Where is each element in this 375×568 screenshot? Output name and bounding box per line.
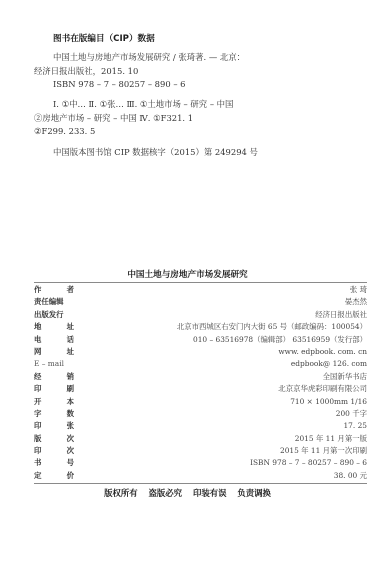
row-label-part: 出版发行 <box>34 309 64 321</box>
cip-line-1: 中国土地与房地产市场发展研究 / 张琦著. — 北京： <box>53 51 245 63</box>
table-row: 印次2015 年 11 月第一次印刷 <box>34 445 367 457</box>
row-label: 定价 <box>34 470 74 482</box>
row-label-part: 网 <box>34 346 41 358</box>
row-label-part: 地 <box>34 321 41 333</box>
row-value: 2015 年 11 月第一次印刷 <box>280 445 367 457</box>
row-label-part: 刷 <box>67 383 74 395</box>
row-label: 印次 <box>34 445 74 457</box>
row-value: 北京京华虎彩印刷有限公司 <box>278 383 367 395</box>
row-label-part: 作 <box>34 284 41 296</box>
cip-line-6: ②F299. 233. 5 <box>34 126 95 136</box>
row-label-part: 开 <box>34 396 41 408</box>
row-label-part: 数 <box>67 408 74 420</box>
row-value: ISBN 978 – 7 – 80257 – 890 – 6 <box>250 457 367 469</box>
row-label-part: 址 <box>67 346 74 358</box>
row-label-part: 址 <box>67 321 74 333</box>
cip-heading: 图书在版编目（CIP）数据 <box>53 32 155 44</box>
row-label-part: 定 <box>34 470 41 482</box>
table-row: 出版发行经济日报出版社 <box>34 309 367 321</box>
row-label: 出版发行 <box>34 309 74 321</box>
row-label: 字数 <box>34 408 74 420</box>
row-value: 200 千字 <box>336 408 367 420</box>
row-label-part: 书 <box>34 457 41 469</box>
row-label: 开本 <box>34 396 74 408</box>
row-label: 地址 <box>34 321 74 333</box>
row-label-part: 本 <box>67 396 74 408</box>
row-value: 张 琦 <box>350 284 367 296</box>
table-row: 地址北京市西城区右安门内大街 65 号（邮政编码：100054） <box>34 321 367 333</box>
top-rule <box>34 282 367 283</box>
row-value: 北京市西城区右安门内大街 65 号（邮政编码：100054） <box>177 321 367 333</box>
row-label-part: 印 <box>34 445 41 457</box>
table-row: 书号ISBN 978 – 7 – 80257 – 890 – 6 <box>34 457 367 469</box>
row-value: edpbook@ 126. com <box>291 358 367 370</box>
table-row: 开本710 × 1000mm 1/16 <box>34 396 367 408</box>
row-label: 经销 <box>34 371 74 383</box>
colophon-table: 作者张 琦责任编辑晏杰然出版发行经济日报出版社地址北京市西城区右安门内大街 65… <box>34 284 367 482</box>
row-label-part: 电 <box>34 334 41 346</box>
row-label-part: 者 <box>67 284 74 296</box>
row-value: 710 × 1000mm 1/16 <box>290 396 367 408</box>
row-label: 版次 <box>34 433 74 445</box>
table-row: 网址www. edpbook. com. cn <box>34 346 367 358</box>
row-label: 网址 <box>34 346 74 358</box>
row-label: 责任编辑 <box>34 296 74 308</box>
row-label-part: 字 <box>34 408 41 420</box>
copyright-footer: 版权所有 盗版必究 印装有误 负责调换 <box>0 487 375 499</box>
row-label-part: E – mail <box>34 358 64 370</box>
row-label-part: 印 <box>34 420 41 432</box>
row-label-part: 印 <box>34 383 41 395</box>
cip-line-2: 经济日报出版社，2015. 10 <box>34 65 138 77</box>
table-row: 印刷北京京华虎彩印刷有限公司 <box>34 383 367 395</box>
table-row: 责任编辑晏杰然 <box>34 296 367 308</box>
row-label-part: 销 <box>67 371 74 383</box>
bottom-rule <box>34 483 367 484</box>
row-value: 晏杰然 <box>345 296 367 308</box>
table-row: 作者张 琦 <box>34 284 367 296</box>
row-label: 电话 <box>34 334 74 346</box>
row-value: 2015 年 11 月第一版 <box>295 433 367 445</box>
row-label: 作者 <box>34 284 74 296</box>
table-row: 经销全国新华书店 <box>34 371 367 383</box>
row-value: 全国新华书店 <box>323 371 367 383</box>
row-label: 书号 <box>34 457 74 469</box>
row-value: 经济日报出版社 <box>315 309 367 321</box>
cip-line-4: Ⅰ. ①中… Ⅱ. ①张… Ⅲ. ①土地市场 – 研究 – 中国 <box>53 98 233 110</box>
table-row: E – mailedpbook@ 126. com <box>34 358 367 370</box>
colophon-title: 中国土地与房地产市场发展研究 <box>0 268 375 280</box>
cip-record-number: 中国版本图书馆 CIP 数据核字（2015）第 249294 号 <box>53 146 258 158</box>
row-value: 010 – 63516978（编辑部） 63516959（发行部） <box>193 334 367 346</box>
row-label: 印张 <box>34 420 74 432</box>
table-row: 电话010 – 63516978（编辑部） 63516959（发行部） <box>34 334 367 346</box>
row-value: 17. 25 <box>343 420 367 432</box>
row-label-part: 次 <box>67 445 74 457</box>
row-label-part: 价 <box>67 470 74 482</box>
row-label-part: 经 <box>34 371 41 383</box>
row-label: 印刷 <box>34 383 74 395</box>
row-label-part: 号 <box>67 457 74 469</box>
table-row: 版次2015 年 11 月第一版 <box>34 433 367 445</box>
row-label: E – mail <box>34 358 74 370</box>
row-label-part: 次 <box>67 433 74 445</box>
table-row: 印张17. 25 <box>34 420 367 432</box>
cip-line-5: ②房地产市场 – 研究 – 中国 Ⅳ. ①F321. 1 <box>34 112 193 124</box>
row-value: 38. 00 元 <box>334 470 367 482</box>
cip-isbn: ISBN 978 – 7 – 80257 – 890 – 6 <box>53 79 186 89</box>
table-row: 定价38. 00 元 <box>34 470 367 482</box>
row-label-part: 版 <box>34 433 41 445</box>
row-value: www. edpbook. com. cn <box>278 346 367 358</box>
table-row: 字数200 千字 <box>34 408 367 420</box>
row-label-part: 责任编辑 <box>34 296 64 308</box>
row-label-part: 话 <box>67 334 74 346</box>
row-label-part: 张 <box>67 420 74 432</box>
